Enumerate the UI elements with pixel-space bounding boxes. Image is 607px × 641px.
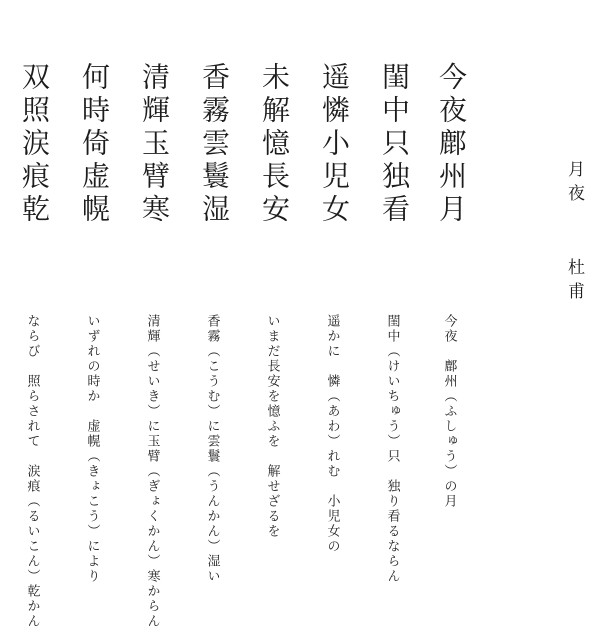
- poem-line-reading: 香霧（こうむ）に雲鬟（うんかん）湿い: [207, 314, 220, 584]
- poem-line: 何時倚虚幌: [79, 62, 107, 227]
- poem-column-4: 未解憶長安 いまだ長安を憶ふを 解せざるを: [243, 0, 303, 641]
- poem-line: 今夜鄜州月: [436, 62, 464, 227]
- poem-line: 閨中只独看: [379, 62, 407, 227]
- poem-line: 香霧雲鬟湿: [199, 62, 227, 227]
- poem-line-reading: 今夜 鄜州（ふしゅう）の月: [444, 314, 457, 509]
- poem-line-reading: いまだ長安を憶ふを 解せざるを: [267, 314, 280, 539]
- title-column: 月夜杜甫: [566, 160, 583, 306]
- poem-line-reading: 遥かに 憐（あわ）れむ 小児女の: [327, 314, 340, 554]
- poem-column-8: 双照涙痕乾 ならび 照らされて 涙痕（るいこん）乾かん: [3, 0, 63, 641]
- poem-column-1: 今夜鄜州月 今夜 鄜州（ふしゅう）の月: [420, 0, 480, 641]
- poem-line-reading: ならび 照らされて 涙痕（るいこん）乾かん: [27, 314, 40, 629]
- poem-line: 遥憐小児女: [319, 62, 347, 227]
- poem-line: 未解憶長安: [259, 62, 287, 227]
- poem-line-reading: いずれの時か 虚幌（きょこう）により: [87, 314, 100, 584]
- poem-column-3: 遥憐小児女 遥かに 憐（あわ）れむ 小児女の: [303, 0, 363, 641]
- poem-line-reading: 閨中（けいちゅう）只 独り看るならん: [387, 314, 400, 584]
- poem-line-reading: 清輝（せいき）に玉臂（ぎょくかん）寒からん: [147, 314, 160, 629]
- poem-line: 双照涙痕乾: [19, 62, 47, 227]
- poem-column-7: 何時倚虚幌 いずれの時か 虚幌（きょこう）により: [63, 0, 123, 641]
- poem-line: 清輝玉臂寒: [139, 62, 167, 227]
- poem-column-5: 香霧雲鬟湿 香霧（こうむ）に雲鬟（うんかん）湿い: [183, 0, 243, 641]
- poem-column-6: 清輝玉臂寒 清輝（せいき）に玉臂（ぎょくかん）寒からん: [123, 0, 183, 641]
- poem-title: 月夜: [565, 160, 584, 208]
- poem-author: 杜甫: [565, 258, 584, 306]
- poem-page: 月夜杜甫 今夜鄜州月 今夜 鄜州（ふしゅう）の月 閨中只独看 閨中（けいちゅう）…: [0, 0, 607, 641]
- poem-column-2: 閨中只独看 閨中（けいちゅう）只 独り看るならん: [363, 0, 423, 641]
